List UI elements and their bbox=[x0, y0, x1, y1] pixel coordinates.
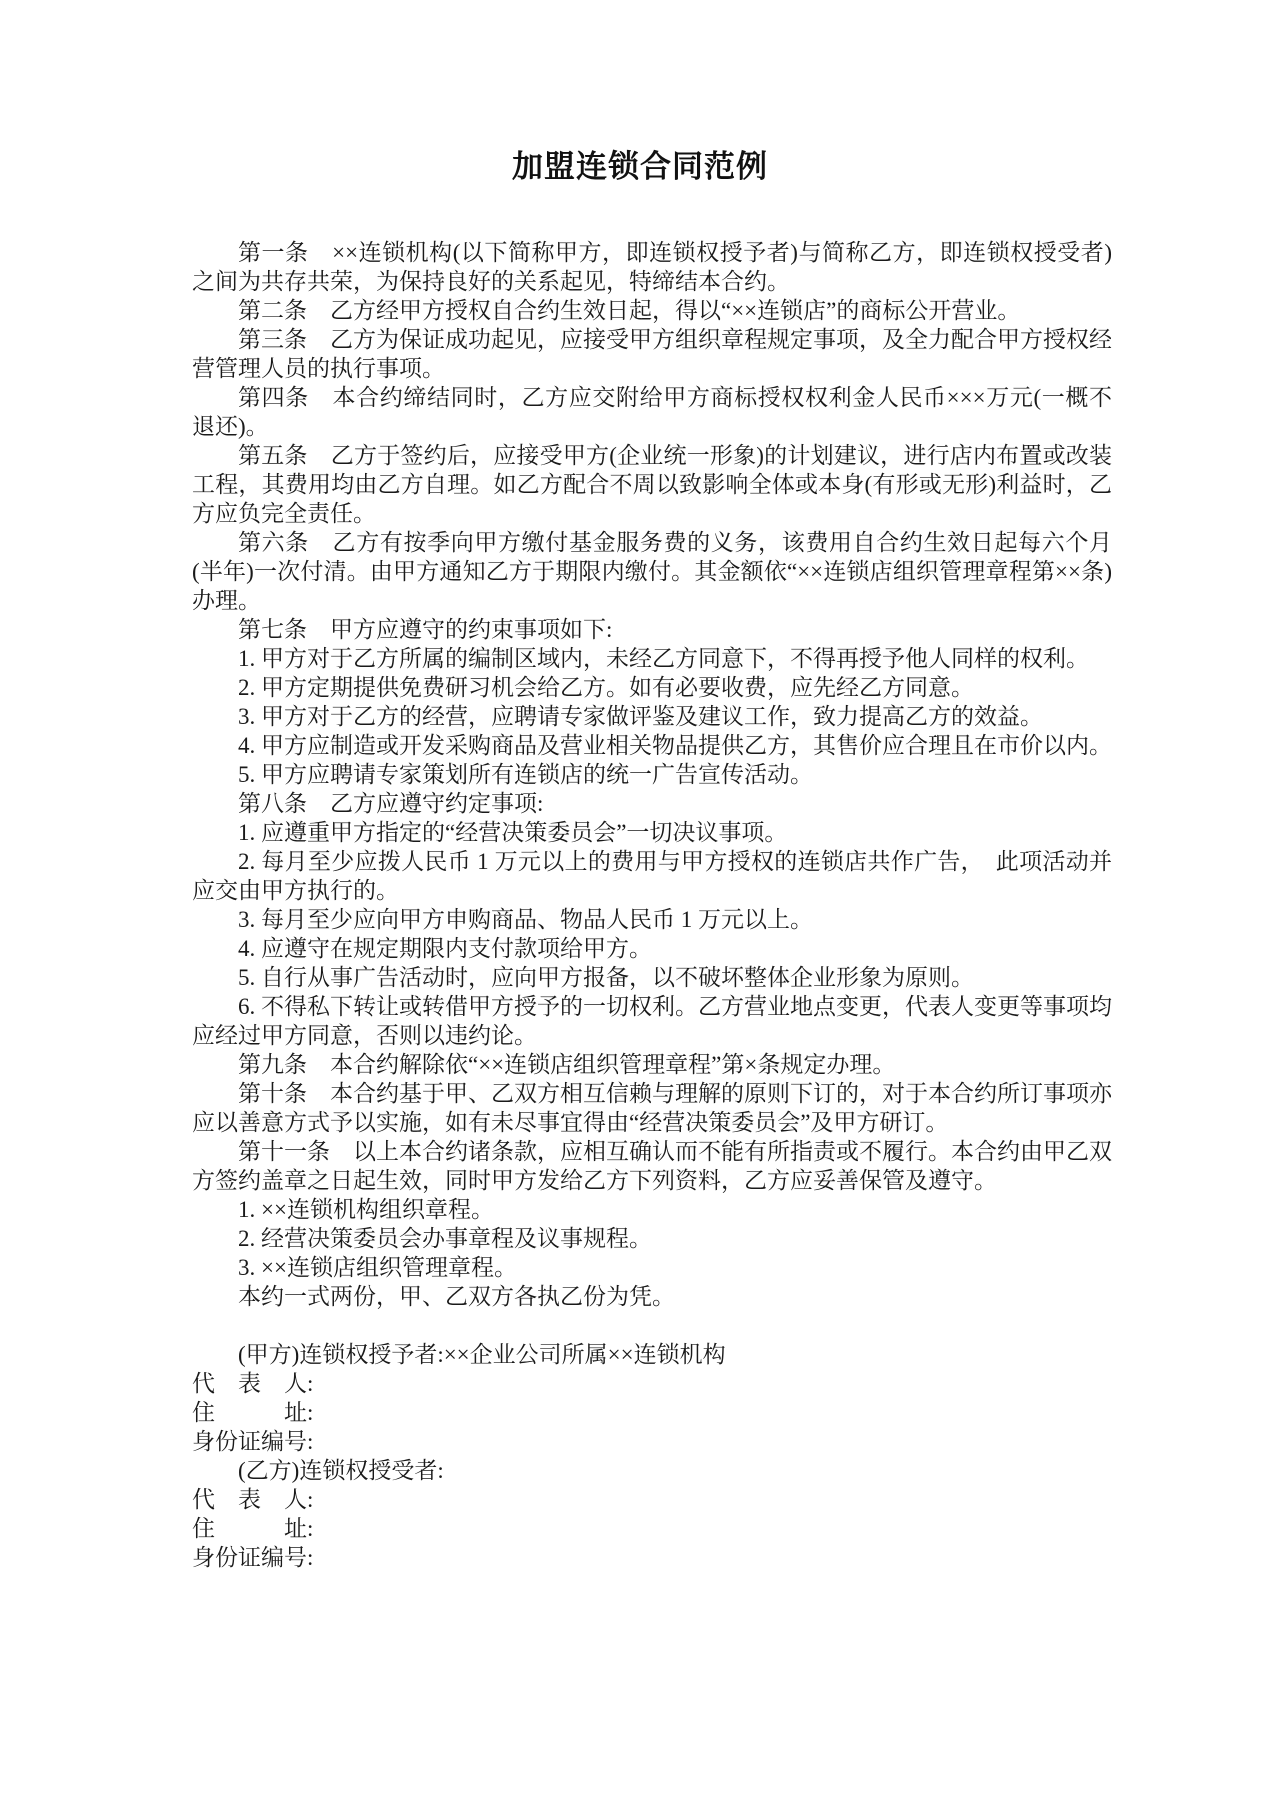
signature-block: (甲方)连锁权授予者:××企业公司所属××连锁机构 代 表 人: 住 址: 身份… bbox=[192, 1340, 1112, 1572]
contract-closing-line: 本约一式两份，甲、乙双方各执乙份为凭。 bbox=[192, 1282, 1112, 1311]
contract-clause-8-item-3: 3. 每月至少应向甲方申购商品、物品人民币 1 万元以上。 bbox=[192, 905, 1112, 934]
contract-clause-6: 第六条 乙方有按季向甲方缴付基金服务费的义务，该费用自合约生效日起每六个月(半年… bbox=[192, 528, 1112, 615]
contract-clause-5: 第五条 乙方于签约后，应接受甲方(企业统一形象)的计划建议，进行店内布置或改装工… bbox=[192, 441, 1112, 528]
contract-clause-7-item-4: 4. 甲方应制造或开发采购商品及营业相关物品提供乙方，其售价应合理且在市价以内。 bbox=[192, 731, 1112, 760]
contract-clause-3: 第三条 乙方为保证成功起见，应接受甲方组织章程规定事项，及全力配合甲方授权经营管… bbox=[192, 325, 1112, 383]
contract-clause-7-item-5: 5. 甲方应聘请专家策划所有连锁店的统一广告宣传活动。 bbox=[192, 760, 1112, 789]
contract-clause-8-item-4: 4. 应遵守在规定期限内支付款项给甲方。 bbox=[192, 934, 1112, 963]
contract-clause-10: 第十条 本合约基于甲、乙双方相互信赖与理解的原则下订的，对于本合约所订事项亦应以… bbox=[192, 1079, 1112, 1137]
contract-clause-8-item-5: 5. 自行从事广告活动时，应向甲方报备，以不破坏整体企业形象为原则。 bbox=[192, 963, 1112, 992]
contract-clause-8-item-1: 1. 应遵重甲方指定的“经营决策委员会”一切决议事项。 bbox=[192, 818, 1112, 847]
contract-clause-7-item-2: 2. 甲方定期提供免费研习机会给乙方。如有必要收费，应先经乙方同意。 bbox=[192, 673, 1112, 702]
contract-body: 第一条 ××连锁机构(以下简称甲方，即连锁权授予者)与简称乙方，即连锁权授受者)… bbox=[192, 238, 1112, 1572]
party-b-line: (乙方)连锁权授受者: bbox=[192, 1456, 1112, 1485]
contract-clause-11-item-3: 3. ××连锁店组织管理章程。 bbox=[192, 1253, 1112, 1282]
party-a-representative-label: 代 表 人: bbox=[192, 1369, 1112, 1398]
contract-clause-7-item-3: 3. 甲方对于乙方的经营，应聘请专家做评鉴及建议工作，致力提高乙方的效益。 bbox=[192, 702, 1112, 731]
contract-clause-11-item-1: 1. ××连锁机构组织章程。 bbox=[192, 1195, 1112, 1224]
party-b-id-number-label: 身份证编号: bbox=[192, 1543, 1112, 1572]
party-a-id-number-label: 身份证编号: bbox=[192, 1427, 1112, 1456]
contract-clause-11: 第十一条 以上本合约诸条款，应相互确认而不能有所指责或不履行。本合约由甲乙双方签… bbox=[192, 1137, 1112, 1195]
party-a-line: (甲方)连锁权授予者:××企业公司所属××连锁机构 bbox=[192, 1340, 1112, 1369]
document-page: 加盟连锁合同范例 第一条 ××连锁机构(以下简称甲方，即连锁权授予者)与简称乙方… bbox=[0, 0, 1280, 1810]
contract-clause-2: 第二条 乙方经甲方授权自合约生效日起，得以“××连锁店”的商标公开营业。 bbox=[192, 296, 1112, 325]
party-b-representative-label: 代 表 人: bbox=[192, 1485, 1112, 1514]
contract-clause-8-item-2: 2. 每月至少应拨人民币 1 万元以上的费用与甲方授权的连锁店共作广告， 此项活… bbox=[192, 847, 1112, 905]
contract-clause-7-item-1: 1. 甲方对于乙方所属的编制区域内，未经乙方同意下，不得再授予他人同样的权利。 bbox=[192, 644, 1112, 673]
contract-clause-9: 第九条 本合约解除依“××连锁店组织管理章程”第×条规定办理。 bbox=[192, 1050, 1112, 1079]
party-b-address-label: 住 址: bbox=[192, 1514, 1112, 1543]
party-a-address-label: 住 址: bbox=[192, 1398, 1112, 1427]
contract-clause-1: 第一条 ××连锁机构(以下简称甲方，即连锁权授予者)与简称乙方，即连锁权授受者)… bbox=[192, 238, 1112, 296]
document-title: 加盟连锁合同范例 bbox=[0, 0, 1280, 188]
contract-clause-8: 第八条 乙方应遵守约定事项: bbox=[192, 789, 1112, 818]
contract-clause-11-item-2: 2. 经营决策委员会办事章程及议事规程。 bbox=[192, 1224, 1112, 1253]
contract-clause-8-item-6: 6. 不得私下转让或转借甲方授予的一切权利。乙方营业地点变更，代表人变更等事项均… bbox=[192, 992, 1112, 1050]
contract-clause-7: 第七条 甲方应遵守的约束事项如下: bbox=[192, 615, 1112, 644]
contract-clause-4: 第四条 本合约缔结同时，乙方应交附给甲方商标授权权利金人民币×××万元(一概不退… bbox=[192, 383, 1112, 441]
